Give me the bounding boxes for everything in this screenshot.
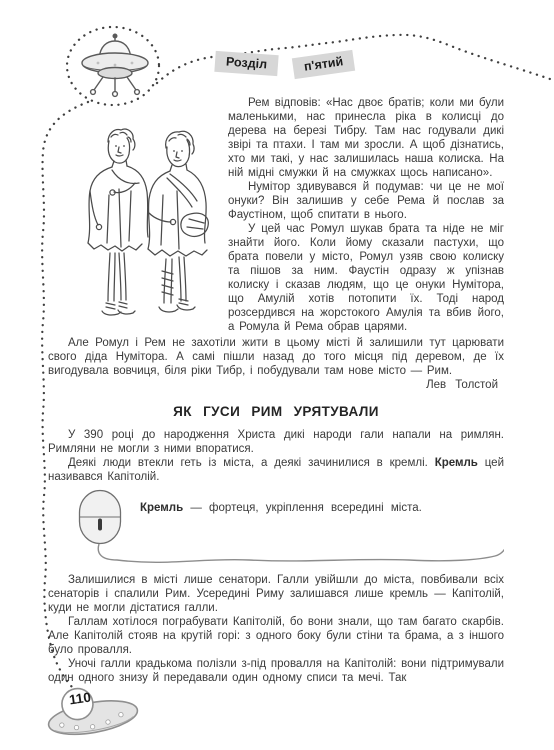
story1-paragraph-1-text: Рем відповів: «Нас двоє братів; коли ми … bbox=[228, 97, 504, 179]
ufo-icon bbox=[72, 32, 158, 100]
definition-callout: Кремль — фортеця, укріплення всередині м… bbox=[48, 487, 504, 573]
story2-paragraph-1: У 390 році до народження Христа дикі нар… bbox=[48, 428, 504, 456]
chapter-number-label: п'ятий bbox=[292, 50, 356, 79]
chapter-label: Розділ bbox=[214, 51, 278, 76]
definition-body: — фортеця, укріплення всередині міста. bbox=[183, 502, 422, 514]
page-content: Рем відповів: «Нас двоє братів; коли ми … bbox=[48, 96, 504, 685]
story1-paragraph-1: Рем відповів: «Нас двоє братів; коли ми … bbox=[48, 96, 504, 180]
page-number-badge: 110 bbox=[38, 684, 148, 747]
story1-paragraph-4: Але Ромул і Рем не захотіли жити в цьому… bbox=[48, 334, 504, 378]
story2-paragraph-2-pre: Деякі люди втекли геть із міста, а деякі… bbox=[68, 457, 435, 469]
story2-keyword: Кремль bbox=[435, 457, 478, 469]
chapter-label-text: Розділ bbox=[226, 55, 268, 72]
definition-term: Кремль bbox=[140, 502, 183, 514]
story2-paragraph-5: Уночі галли крадькома полізли з-під пров… bbox=[48, 657, 504, 685]
story2-paragraph-3: Залишилися в місті лише сенатори. Галли … bbox=[48, 573, 504, 615]
romulus-remus-illustration bbox=[46, 125, 222, 323]
story2-paragraph-4: Галлам хотілося пограбувати Капітолій, б… bbox=[48, 615, 504, 657]
definition-text: Кремль — фортеця, укріплення всередині м… bbox=[140, 487, 504, 515]
story2-paragraph-2: Деякі люди втекли геть із міста, а деякі… bbox=[48, 456, 504, 484]
author-credit: Лев Толстой bbox=[48, 378, 504, 392]
chapter-number-text: п'ятий bbox=[303, 54, 344, 73]
story-title: ЯК ГУСИ РИМ УРЯТУВАЛИ bbox=[48, 405, 504, 419]
